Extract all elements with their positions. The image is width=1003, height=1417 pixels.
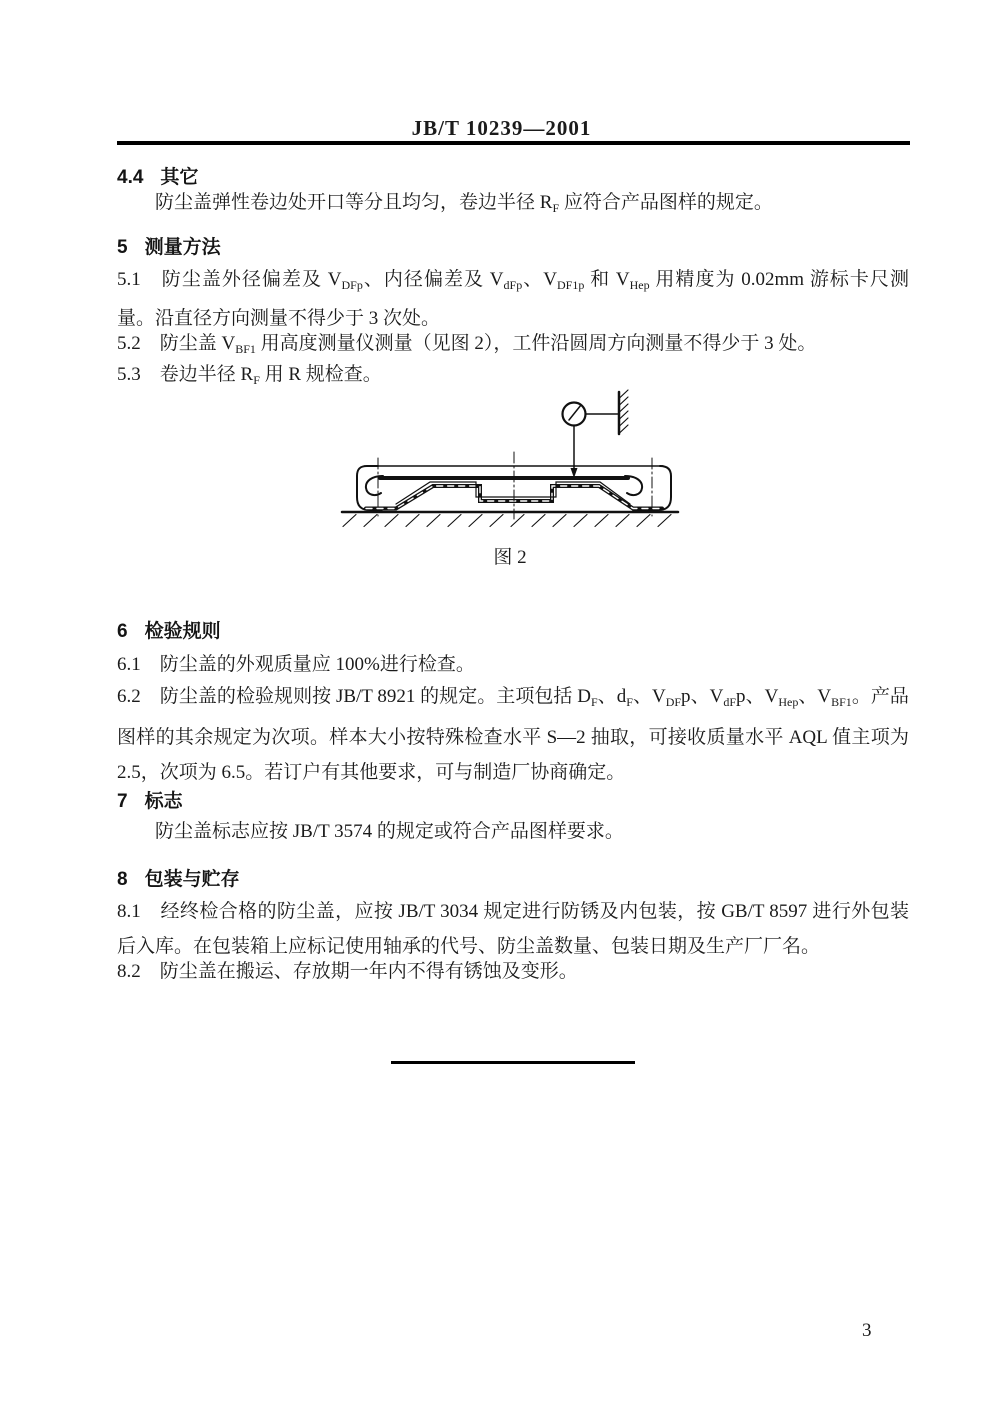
- page-number: 3: [862, 1320, 872, 1342]
- section-heading-5: 5测量方法: [117, 232, 909, 259]
- section-heading-8: 8包装与贮存: [117, 864, 909, 891]
- paragraph-8-2: 8.2 防尘盖在搬运、存放期一年内不得有锈蚀及变形。: [117, 955, 909, 989]
- section-title: 其它: [160, 167, 198, 188]
- paragraph-8-1: 8.1 经终检合格的防尘盖，应按 JB/T 3034 规定进行防锈及内包装，按 …: [117, 894, 909, 964]
- figure-2-drawing: [330, 385, 690, 565]
- section-number: 6: [117, 621, 128, 643]
- section-number: 7: [117, 791, 128, 813]
- section-heading-6: 6检验规则: [117, 616, 909, 643]
- paragraph-5-1: 5.1 防尘盖外径偏差及 VDFp、内径偏差及 VdFp、VDF1p 和 VHe…: [117, 263, 909, 335]
- section-number: 8: [117, 869, 128, 891]
- section-title: 包装与贮存: [145, 869, 240, 890]
- mount-wall: [619, 390, 628, 434]
- header-rule: [117, 141, 910, 145]
- figure-caption: 图 2: [330, 542, 690, 569]
- section-title: 标志: [145, 791, 183, 812]
- paragraph-4-4: 防尘盖弹性卷边处开口等分且均匀，卷边半径 RF 应符合产品图样的规定。: [117, 186, 909, 225]
- centerlines: [378, 452, 652, 519]
- section-heading-7: 7标志: [117, 786, 909, 813]
- paragraph-6-2: 6.2 防尘盖的检验规则按 JB/T 8921 的规定。主项包括 DF、dF、V…: [117, 679, 909, 790]
- section-title: 检验规则: [145, 621, 221, 642]
- section-number: 5: [117, 237, 128, 259]
- paragraph-6-1: 6.1 防尘盖的外观质量应 100%进行检查。: [117, 648, 909, 682]
- end-of-text-rule: [391, 1061, 635, 1064]
- ground-line: [342, 512, 678, 527]
- document-page: JB/T 10239—2001 4.4其它 防尘盖弹性卷边处开口等分且均匀，卷边…: [0, 0, 1003, 1417]
- section-heading-4-4: 4.4其它: [117, 162, 909, 189]
- paragraph-7: 防尘盖标志应按 JB/T 3574 的规定或符合产品图样要求。: [117, 815, 909, 849]
- doc-number-header: JB/T 10239—2001: [0, 116, 1003, 141]
- section-title: 测量方法: [145, 237, 221, 258]
